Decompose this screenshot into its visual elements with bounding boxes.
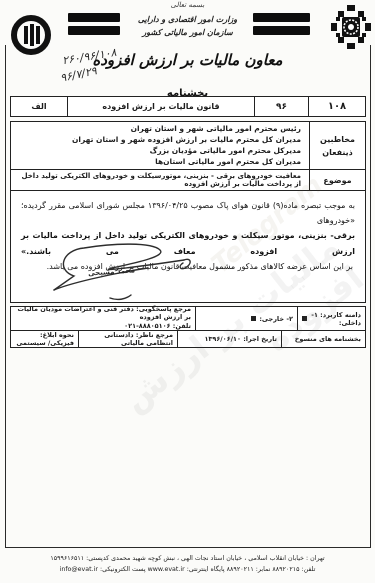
info-table: دامنه کاربرد: ۱- داخلی: ۲- خارجی: مرجع پ…: [10, 306, 366, 348]
checkbox-internal-icon: [302, 316, 307, 321]
subject-row: موضوع معافیت خودروهای برقی - بنزینی، موت…: [11, 170, 365, 191]
subject-label: موضوع: [309, 170, 365, 190]
scope-cell: دامنه کاربرد: ۱- داخلی:: [297, 307, 365, 330]
classification-type: الف: [11, 97, 67, 116]
checkbox-external-icon: [251, 316, 256, 321]
body-paragraph-line-1: به موجب تبصره ماده(۹) قانون هوای پاک مصو…: [21, 198, 355, 228]
scanned-circular-document: { "header": { "bismillah": "بسمه تعالی",…: [0, 0, 375, 583]
recipient-item: رئیس محترم امور مالیاتی شهر و استان تهرا…: [15, 125, 301, 133]
recipient-item: مدیران کل محترم مالیات بر ارزش افزوده شه…: [15, 136, 301, 144]
recipients-row: مخاطبین ذینفعان رئیس محترم امور مالیاتی …: [11, 122, 365, 170]
bismillah-text: بسمه تعالی: [0, 1, 375, 9]
classification-year: ۹۶: [254, 97, 308, 116]
letterhead: بسمه تعالی وزارت امور اقتصادی و دارایی س…: [0, 1, 375, 37]
recipients-list: رئیس محترم امور مالیاتی شهر و استان تهرا…: [11, 122, 309, 169]
info-table-row-2: بخشنامه های منسوخ تاریخ اجرا: ۱۳۹۶/۰۶/۱۰…: [11, 331, 365, 347]
effective-date-cell: تاریخ اجرا: ۱۳۹۶/۰۶/۱۰: [177, 331, 281, 347]
recipient-item: مدیرکل محترم امور مالیاتی مؤدیان بزرگ: [15, 147, 301, 155]
footer-address: تهران : خیابان انقلاب اسلامی ، خیابان اس…: [0, 553, 375, 564]
footer: تهران : خیابان انقلاب اسلامی ، خیابان اس…: [0, 553, 375, 576]
responder-cell: مرجع پاسخگویی: دفتر فنی و اعتراضات مودیا…: [11, 307, 195, 330]
superseded-circulars-cell: بخشنامه های منسوخ: [281, 331, 365, 347]
classification-law: قانون مالیات بر ارزش افزوده: [67, 97, 254, 116]
recipients-label: مخاطبین ذینفعان: [309, 122, 365, 169]
classification-number: ۱۰۸: [308, 97, 365, 116]
scope-external-cell: ۲- خارجی:: [195, 307, 297, 330]
classification-strip: ۱۰۸ ۹۶ قانون مالیات بر ارزش افزوده الف: [10, 96, 366, 117]
info-table-row-1: دامنه کاربرد: ۱- داخلی: ۲- خارجی: مرجع پ…: [11, 307, 365, 331]
recipient-item: مدیران کل محترم امور مالیاتی استان‌ها: [15, 158, 301, 166]
delivery-method-cell: نحوه ابلاغ: فیزیکی/ سیستمی: [11, 331, 78, 347]
supervisor-cell: مرجع ناظر: دادستانی انتظامی مالیاتی: [78, 331, 177, 347]
organization-name: سازمان امور مالیاتی کشور: [0, 28, 375, 37]
subject-text: معافیت خودروهای برقی - بنزینی، موتورسیکل…: [11, 170, 309, 190]
footer-contact: تلفن: ۸۸۹۲۰۲۱۵ نمابر: ۸۸۹۲۰۲۱۱ پایگاه ای…: [0, 564, 375, 575]
ministry-name: وزارت امور اقتصادی و دارایی: [0, 15, 375, 24]
